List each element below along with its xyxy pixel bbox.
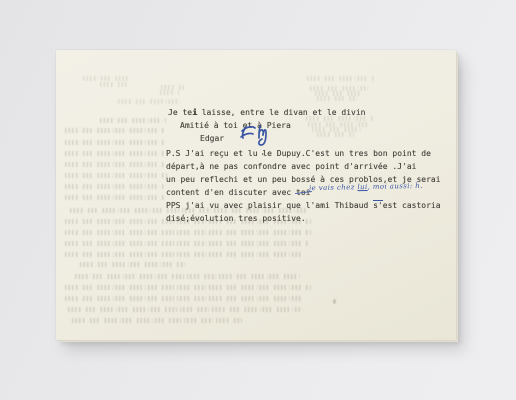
bleedthrough-text-line <box>65 285 311 290</box>
ps-line-4: content d'en discuter avec toi <box>166 188 311 198</box>
letter-closing-line: Je tei laisse, entre le divan et le divi… <box>168 108 366 118</box>
pps-text: PPS j'ai vu avec plaisir que l'ami Thiba… <box>166 201 373 210</box>
annotation-text: , moi aussi: h. <box>368 182 423 191</box>
bleedthrough-text-line <box>100 82 127 87</box>
ps-text: P.S J'ai reçu et lu <box>166 149 262 158</box>
ps-text: content d'en discuter avec <box>166 188 296 197</box>
bleedthrough-text-line <box>72 318 242 323</box>
closing-text: Je te <box>168 108 192 117</box>
bleedthrough-text-line <box>307 76 375 81</box>
photo-of-letter: Je tei laisse, entre le divan et le divi… <box>0 0 516 400</box>
typed-signature: Edgar <box>200 134 224 144</box>
bleedthrough-text-line <box>65 241 309 246</box>
paper-speck <box>333 299 336 304</box>
bleedthrough-text-line <box>65 151 166 156</box>
overlined-letters: s' <box>373 200 383 210</box>
bleedthrough-text-line <box>100 118 166 123</box>
bleedthrough-text-line <box>65 184 165 189</box>
bleedthrough-text-line <box>65 230 311 235</box>
pps-line-1: PPS j'ai vu avec plaisir que l'ami Thiba… <box>166 201 441 211</box>
ps-line-1: P.S J'ai reçu et lu 'le Dupuy.C'est un t… <box>166 149 431 159</box>
pps-line-2: disé;évolution tres positive. <box>166 214 306 224</box>
handwritten-signature-initials <box>236 122 274 152</box>
bleedthrough-text-line <box>65 296 305 301</box>
letter-paper: Je tei laisse, entre le divan et le divi… <box>56 50 456 340</box>
closing-text: laisse, entre le divan et le divin <box>197 108 366 117</box>
bleedthrough-text-line <box>65 128 165 133</box>
handwritten-annotation: je vais chez lui, moi aussi: h. <box>309 182 423 192</box>
ps-line-2: départ,à ne pas confondre avec point d'a… <box>166 162 416 172</box>
pps-text: est castoria <box>383 201 441 210</box>
bleedthrough-text-line <box>65 252 303 257</box>
bleedthrough-text-line <box>317 96 357 101</box>
ps-text: le Dupuy.C'est un tres bon point de <box>262 149 431 158</box>
bleedthrough-text-line <box>65 173 167 178</box>
bleedthrough-text-line <box>80 262 185 267</box>
bleedthrough-text-line <box>118 99 181 104</box>
bleedthrough-text-line <box>65 140 165 145</box>
annotation-underlined-word: lui <box>357 183 367 191</box>
bleedthrough-text-line <box>83 76 129 81</box>
annotation-text: je vais chez <box>309 183 358 192</box>
bleedthrough-text-line <box>68 307 300 312</box>
bleedthrough-text-line <box>75 274 301 279</box>
bleedthrough-text-line <box>160 90 179 95</box>
bleedthrough-text-line <box>65 195 165 200</box>
bleedthrough-text-line <box>317 132 354 137</box>
bleedthrough-text-line <box>65 162 165 167</box>
